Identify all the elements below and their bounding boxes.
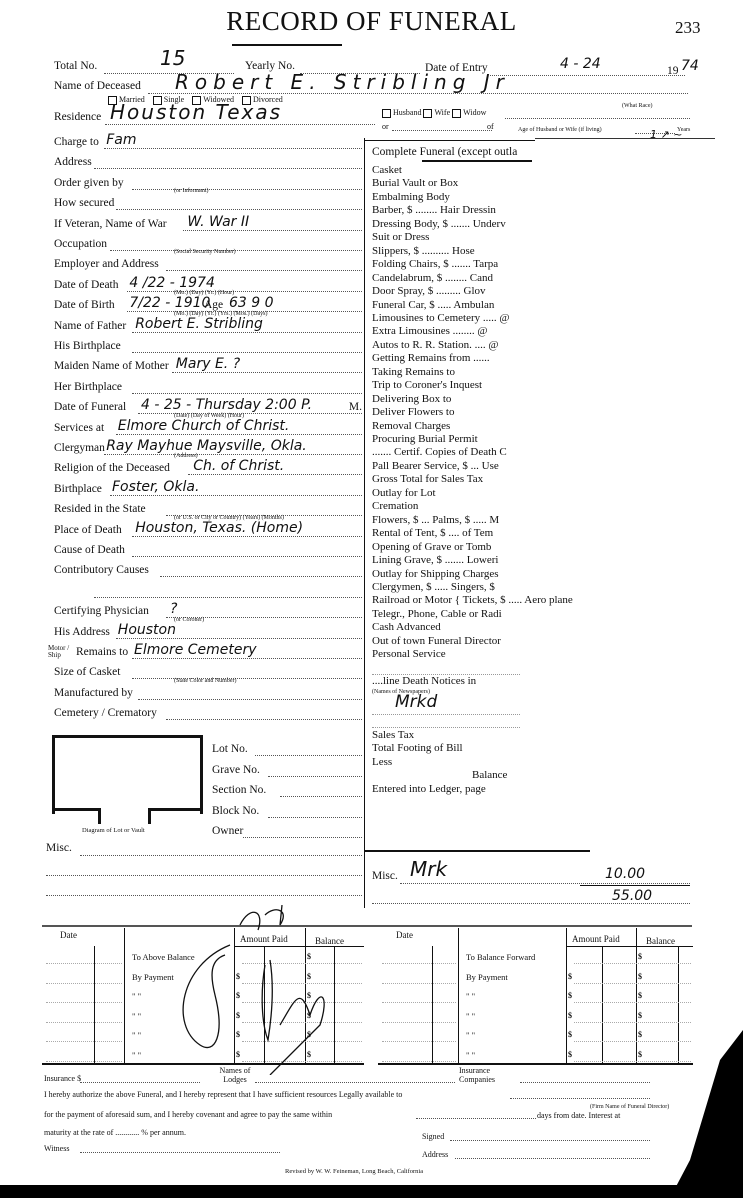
payment-date-line[interactable] — [46, 963, 122, 964]
field-value[interactable]: Houston — [118, 622, 176, 638]
charge-item: Autos to R. R. Station. .... @ — [372, 339, 499, 351]
field-row: Manufactured by(State Color and Number) — [54, 684, 362, 702]
field-row: His Birthplace — [54, 337, 362, 355]
field-note: (Date) (Day of Week) (Hour) — [174, 413, 244, 419]
lot-diagram-caption: Diagram of Lot or Vault — [82, 827, 145, 834]
payment-amount-line[interactable] — [574, 963, 691, 964]
field-value[interactable]: Ch. of Christ. — [193, 458, 284, 474]
field-note: (or U.S. or City or Country) (Years) (Mo… — [174, 515, 284, 521]
charge-item: Embalming Body — [372, 191, 450, 203]
payment-row-label: " " — [466, 1011, 475, 1021]
charge-item: Flowers, $ ... Palms, $ ..... M — [372, 514, 499, 526]
payment-date-line[interactable] — [46, 983, 122, 984]
charge-item: Gross Total for Sales Tax — [372, 473, 483, 485]
charge-item: Outlay for Lot — [372, 487, 436, 499]
date-header: Date — [60, 930, 77, 940]
charge-item: Telegr., Phone, Cable or Radi — [372, 608, 502, 620]
total-no-label: Total No. — [54, 60, 97, 72]
lot-diagram-base-right — [148, 808, 200, 811]
page-number: 233 — [675, 18, 701, 38]
field-row: If Veteran, Name of WarW. War II — [54, 215, 362, 233]
year-prefix: 19 — [667, 65, 679, 77]
field-line — [132, 536, 362, 537]
days-text: days from date. Interest at — [537, 1111, 620, 1120]
field-label: Employer and Address — [54, 258, 159, 270]
field-line — [116, 434, 362, 435]
field-value[interactable]: ? — [170, 601, 177, 617]
charge-item: Railroad or Motor { Tickets, $ ..... Aer… — [372, 594, 573, 606]
charge-item: Sales Tax — [372, 729, 414, 741]
field-value[interactable]: 4 /22 - 1974 — [129, 275, 214, 291]
charge-item: Entered into Ledger, page — [372, 783, 486, 795]
charge-item: Getting Remains from ...... — [372, 352, 490, 364]
year-suffix[interactable]: 74 — [681, 58, 699, 74]
field-label: Name of Father — [54, 320, 126, 332]
charge-item: Balance — [472, 769, 507, 781]
field-line — [132, 678, 362, 679]
field-label: His Birthplace — [54, 340, 121, 352]
amount-1[interactable]: 10.00 — [605, 866, 645, 882]
witness-line — [80, 1152, 280, 1153]
field-line — [166, 270, 362, 271]
field-label: How secured — [54, 197, 114, 209]
payment-amount-line[interactable] — [574, 983, 691, 984]
field-value[interactable]: 7/22 - 1910 — [129, 295, 210, 311]
field-row: Religion of the DeceasedCh. of Christ.(A… — [54, 459, 362, 477]
field-label: Date of Birth — [54, 299, 115, 311]
field-value[interactable]: W. War II — [187, 214, 249, 230]
lot-field-line — [243, 837, 362, 838]
age-spouse-label: Age of Husband or Wife (if living) — [518, 127, 602, 133]
field-line — [94, 597, 362, 598]
payment-date-line[interactable] — [382, 983, 456, 984]
field-value[interactable]: 4 - 25 - Thursday 2:00 P. — [141, 397, 312, 413]
misc-charges-label: Misc. — [372, 870, 398, 882]
charge-item: Casket — [372, 164, 402, 176]
charge-item: Delivering Box to — [372, 393, 451, 405]
handwritten-signature — [170, 905, 350, 1075]
charges-top-rule — [365, 140, 535, 141]
payment-amount-line[interactable] — [574, 1022, 691, 1023]
field-note: (or Informant) — [174, 188, 209, 194]
field-value[interactable]: Foster, Okla. — [112, 479, 199, 495]
field-label: Remains to — [76, 646, 128, 658]
balance-currency: $ — [638, 991, 642, 1000]
misc-charges-signature: Mrk — [410, 857, 447, 881]
field-line — [166, 719, 362, 720]
amount-currency: $ — [568, 1011, 572, 1020]
field-row: Name of FatherRobert E. Stribling(Mo.) (… — [54, 317, 362, 335]
field-row: ClergymanRay Mayhue Maysville, Okla. — [54, 439, 362, 457]
field-note: (State Color and Number) — [174, 678, 236, 684]
field-line — [94, 168, 362, 169]
field-line — [160, 576, 362, 577]
field-suffix: M. — [349, 401, 362, 413]
field-label: Address — [54, 156, 92, 168]
field-row: Contributory Causes — [54, 561, 362, 579]
field-row: Cause of Death — [54, 541, 362, 559]
date-header: Date — [396, 930, 413, 940]
charge-item: ....... Certif. Copies of Death C — [372, 446, 507, 458]
field-label: Her Birthplace — [54, 381, 122, 393]
lot-field-label: Grave No. — [212, 764, 260, 776]
charge-item: Burial Vault or Box — [372, 177, 458, 189]
field-line — [132, 332, 362, 333]
charge-item: Outlay for Shipping Charges — [372, 568, 499, 580]
charge-item: Door Spray, $ ......... Glov — [372, 285, 486, 297]
field-label: Birthplace — [54, 483, 102, 495]
charge-item: Pall Bearer Service, $ ... Use — [372, 460, 499, 472]
charge-item: Barber, $ ........ Hair Dressin — [372, 204, 496, 216]
balance-currency: $ — [638, 1011, 642, 1020]
authorize-text: I hereby authorize the above Funeral, an… — [44, 1090, 402, 1099]
field-line — [132, 352, 362, 353]
field-note: (Mo.) (Day) (Yr.) (Hour) — [174, 290, 234, 296]
payment-row-label: " " — [466, 1030, 475, 1040]
table-bottom-rule — [378, 1063, 693, 1065]
field-note: (Address) — [174, 453, 198, 459]
field-row: How secured(or Informant) — [54, 194, 362, 212]
lot-field-label: Owner — [212, 825, 243, 837]
field-label: Certifying Physician — [54, 605, 149, 617]
field-label: Date of Death — [54, 279, 119, 291]
charges-header-text: Complete Funeral (except outla — [372, 146, 517, 158]
date-entry-value[interactable]: 4 - 24 — [560, 56, 601, 72]
charge-item: Less — [372, 756, 392, 768]
field-row: His AddressHouston(or Coroner) — [54, 623, 362, 641]
charge-item: Dressing Body, $ ....... Underv — [372, 218, 506, 230]
field-label: Charge to — [54, 136, 99, 148]
lot-field-line — [268, 776, 362, 777]
field-line — [110, 250, 362, 251]
field-label: His Address — [54, 626, 110, 638]
signed-label: Signed — [422, 1132, 444, 1141]
payment-row-label: To Balance Forward — [466, 952, 535, 962]
name-label: Name of Deceased — [54, 80, 141, 92]
field-label: Place of Death — [54, 524, 122, 536]
amount-currency: $ — [568, 1030, 572, 1039]
field-label: Size of Casket — [54, 666, 120, 678]
field-row: Her Birthplace — [54, 378, 362, 396]
misc-left-line-1 — [80, 855, 362, 856]
field-row: Place of DeathHouston, Texas. (Home)(or … — [54, 521, 362, 539]
field-label: Cause of Death — [54, 544, 125, 556]
amount-currency: $ — [568, 1050, 572, 1059]
field-line — [132, 556, 362, 557]
field-line — [132, 393, 362, 394]
balance-currency: $ — [638, 972, 642, 981]
payment-date-line[interactable] — [46, 1061, 122, 1062]
charge-item: ....line Death Notices in — [372, 675, 476, 687]
charge-item: Trip to Coroner's Inquest — [372, 379, 482, 391]
amount-2[interactable]: 55.00 — [612, 888, 652, 904]
payment-date-line[interactable] — [382, 1002, 456, 1003]
widow-label: Widow — [463, 108, 486, 117]
balance-currency: $ — [638, 952, 642, 961]
residence-line — [105, 124, 375, 125]
lot-diagram-post-left — [98, 808, 101, 824]
title-underline — [232, 44, 342, 46]
address-label: Address — [422, 1150, 448, 1159]
age-label: Age — [204, 299, 223, 311]
field-label: If Veteran, Name of War — [54, 218, 167, 230]
deceased-name[interactable]: Robert E. Stribling Jr — [175, 70, 510, 94]
charge-item: Funeral Car, $ ..... Ambulan — [372, 299, 494, 311]
charge-item: Opening of Grave or Tomb — [372, 541, 491, 553]
charge-item: Limousines to Cemetery ..... @ — [372, 312, 510, 324]
balance-currency: $ — [638, 1030, 642, 1039]
field-value[interactable]: Mary E. ? — [176, 356, 240, 372]
charges-top-rule-2 — [535, 138, 715, 139]
spouse-options: Husband Wife Widow — [382, 108, 486, 118]
signed-line — [450, 1140, 650, 1141]
field-label: Cemetery / Crematory — [54, 707, 157, 719]
field-row: Charge toFam — [54, 133, 362, 151]
or-line — [392, 130, 492, 131]
lot-diagram-base-left — [52, 808, 101, 811]
charge-item: Procuring Burial Permit — [372, 433, 478, 445]
field-note: (or Coroner) — [174, 617, 204, 623]
total-no-value[interactable]: 15 — [160, 46, 185, 70]
widow-checkbox[interactable] — [452, 109, 461, 118]
scan-edge-corner — [650, 1030, 743, 1198]
lot-diagram — [52, 735, 203, 814]
lot-field-label: Block No. — [212, 805, 259, 817]
col-divider — [636, 928, 637, 1063]
field-line — [110, 495, 362, 496]
charge-item: Candelabrum, $ ........ Cand — [372, 272, 493, 284]
payment-row-label: " " — [132, 991, 141, 1001]
field-line — [188, 474, 362, 475]
ledger-rule — [365, 850, 590, 852]
payment-text: for the payment of aforesaid sum, and I … — [44, 1110, 332, 1119]
lot-field-label: Section No. — [212, 784, 266, 796]
balance-currency: $ — [638, 1050, 642, 1059]
wife-label: Wife — [434, 108, 450, 117]
field-label: Date of Funeral — [54, 401, 126, 413]
payment-row-label: " " — [466, 1050, 475, 1060]
field-line — [116, 209, 362, 210]
scan-edge-bottom — [0, 1185, 743, 1198]
charges-header-underline — [422, 160, 532, 162]
charge-item: Clergymen, $ ..... Singers, $ — [372, 581, 495, 593]
field-row — [54, 582, 362, 600]
field-line — [127, 291, 362, 292]
field-label: Clergyman — [54, 442, 105, 454]
field-prefix: Motor / Ship — [48, 645, 70, 659]
payment-amount-line[interactable] — [574, 1002, 691, 1003]
field-line — [132, 658, 362, 659]
charge-item: Personal Service — [372, 648, 446, 660]
payment-row-label: " " — [132, 1050, 141, 1060]
top-right-scrawl: 1 ↗ ~ — [650, 128, 682, 141]
payment-date-line[interactable] — [382, 1022, 456, 1023]
field-label: Occupation — [54, 238, 107, 250]
days-line — [416, 1118, 536, 1119]
field-line — [104, 148, 362, 149]
field-value[interactable]: Fam — [106, 132, 136, 148]
charge-item: Lining Grave, $ ....... Loweri — [372, 554, 498, 566]
payment-row-label: " " — [132, 1011, 141, 1021]
charge-item: Slippers, $ .......... Hose — [372, 245, 475, 257]
maturity-text: maturity at the rate of ............ % p… — [44, 1128, 186, 1137]
payment-date-line[interactable] — [382, 963, 456, 964]
misc-label: Misc. — [46, 842, 72, 854]
field-label: Religion of the Deceased — [54, 462, 170, 474]
charge-line — [372, 727, 520, 728]
lodges-line — [255, 1082, 455, 1083]
payment-row-label: " " — [466, 991, 475, 1001]
amount-paid-header: Amount Paid — [572, 934, 620, 944]
field-line — [116, 638, 362, 639]
lot-field-line — [268, 817, 362, 818]
revised-credit: Revised by W. W. Feineman, Long Beach, C… — [285, 1168, 423, 1175]
form-title: RECORD OF FUNERAL — [0, 6, 743, 37]
field-label: Maiden Name of Mother — [54, 360, 169, 372]
amount-currency: $ — [568, 972, 572, 981]
field-line — [138, 413, 362, 414]
charge-item: Extra Limousines ........ @ — [372, 325, 488, 337]
charge-item: Rental of Tent, $ .... of Tem — [372, 527, 493, 539]
residence-value[interactable]: Houston Texas — [110, 100, 282, 124]
payment-row-label: By Payment — [132, 972, 174, 982]
payment-date-line[interactable] — [46, 1002, 122, 1003]
field-row: Motor / ShipRemains toElmore Cemetery — [54, 643, 362, 661]
field-value[interactable]: Houston, Texas. (Home) — [135, 520, 303, 536]
amount-currency: $ — [568, 991, 572, 1000]
charge-item: Removal Charges — [372, 420, 450, 432]
insurance-companies-line — [520, 1082, 650, 1083]
misc-left-line-2 — [46, 875, 362, 876]
lot-field-line — [255, 755, 362, 756]
field-label: Services at — [54, 422, 104, 434]
col-divider — [566, 928, 567, 1063]
of-label: of — [487, 122, 494, 131]
payment-row-label: By Payment — [466, 972, 508, 982]
amount-1-underline — [580, 885, 690, 886]
column-divider — [364, 138, 365, 908]
payment-date-line[interactable] — [46, 1041, 122, 1042]
field-line — [104, 454, 362, 455]
payments-top-rule — [42, 925, 692, 927]
field-line — [183, 230, 362, 231]
misc-line-1 — [400, 883, 690, 884]
wife-checkbox[interactable] — [423, 109, 432, 118]
field-row: Certifying Physician? — [54, 602, 362, 620]
field-value[interactable]: Ray Mayhue Maysville, Okla. — [106, 438, 307, 454]
field-label: Manufactured by — [54, 687, 133, 699]
date-entry-line — [490, 75, 685, 76]
race-line-2 — [505, 118, 690, 119]
husband-checkbox[interactable] — [382, 109, 391, 118]
payment-date-line[interactable] — [382, 1061, 456, 1062]
personal-service-signature: Mrkd — [395, 692, 437, 712]
firm-line — [510, 1098, 650, 1099]
insurance-label: Insurance $ — [44, 1074, 81, 1083]
lot-diagram-post-right — [148, 808, 151, 824]
field-row: Services atElmore Church of Christ.(Date… — [54, 419, 362, 437]
insurance-companies-label: Insurance Companies — [459, 1066, 519, 1084]
charge-item: Cremation — [372, 500, 418, 512]
husband-label: Husband — [393, 108, 421, 117]
field-value[interactable]: Robert E. Stribling — [135, 316, 263, 332]
lot-field-line — [280, 796, 362, 797]
field-row: Maiden Name of MotherMary E. ? — [54, 357, 362, 375]
field-row: Cemetery / Crematory — [54, 704, 362, 722]
charge-item: Folding Chairs, $ ....... Tarpa — [372, 258, 498, 270]
field-line — [172, 372, 362, 373]
or-label: or — [382, 122, 389, 131]
charge-item: Out of town Funeral Director — [372, 635, 501, 647]
charge-item: Cash Advanced — [372, 621, 441, 633]
field-row: Address — [54, 153, 362, 171]
field-label: Contributory Causes — [54, 564, 149, 576]
lot-field-label: Lot No. — [212, 743, 248, 755]
charge-item: Taking Remains to — [372, 366, 455, 378]
what-race-note: (What Race) — [622, 103, 652, 109]
misc-left-line-3 — [46, 895, 362, 896]
field-line — [138, 699, 362, 700]
field-row: Employer and Address(Social Security Num… — [54, 255, 362, 273]
charge-line — [372, 714, 520, 715]
field-row: BirthplaceFoster, Okla. — [54, 480, 362, 498]
field-label: Resided in the State — [54, 503, 146, 515]
residence-label: Residence — [54, 111, 101, 123]
charge-item: Suit or Dress — [372, 231, 429, 243]
col-divider — [458, 928, 459, 1063]
header-rule — [566, 946, 693, 947]
charge-item: Deliver Flowers to — [372, 406, 454, 418]
field-label: Order given by — [54, 177, 124, 189]
charge-item: Total Footing of Bill — [372, 742, 463, 754]
payment-date-line[interactable] — [46, 1022, 122, 1023]
payment-date-line[interactable] — [382, 1041, 456, 1042]
payment-row-label: " " — [132, 1030, 141, 1040]
charges-header: Complete Funeral (except outla — [372, 146, 517, 158]
field-note: (Social Security Number) — [174, 249, 236, 255]
field-line — [132, 189, 362, 190]
age-value[interactable]: 63 9 0 — [229, 295, 274, 311]
field-note: (Mo.) (Day) (Yr.) (Yrs.) (Mos.) (Days) — [174, 311, 267, 317]
witness-label: Witness — [44, 1144, 69, 1153]
field-value[interactable]: Elmore Church of Christ. — [118, 418, 290, 434]
lodges-label: Names of Lodges — [213, 1066, 257, 1084]
field-value[interactable]: Elmore Cemetery — [134, 642, 257, 658]
address-line — [455, 1158, 650, 1159]
insurance-line — [80, 1082, 200, 1083]
col-divider — [124, 928, 125, 1063]
balance-header: Balance — [646, 936, 675, 946]
